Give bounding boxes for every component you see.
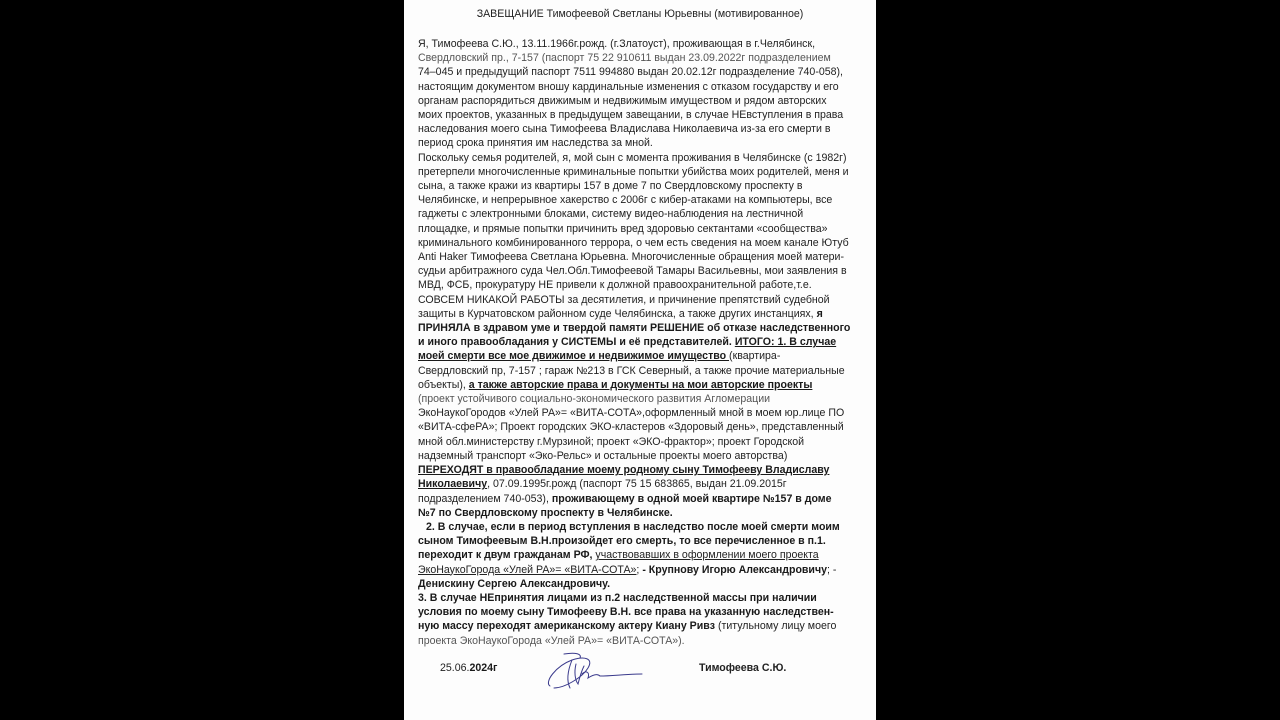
- text-line: сыном Тимофеевым В.Н.произойдет его смер…: [418, 534, 866, 548]
- text-line: мной обл.министерству г.Мурзиной; проект…: [418, 435, 866, 449]
- text-line: органам распорядиться движимым и недвижи…: [418, 94, 866, 108]
- text-line: 74–045 и предыдущий паспорт 7511 994880 …: [418, 65, 866, 79]
- text-line: №7 по Свердловскому проспекту в Челябинс…: [418, 506, 866, 520]
- text-line: надземный транспорт «Эко-Рельс» и осталь…: [418, 449, 866, 463]
- signer-name: Тимофеева С.Ю.: [699, 662, 786, 674]
- text-line: (проект устойчивого социально-экономичес…: [418, 392, 866, 406]
- text-line: сына, а также кражи из квартиры 157 в до…: [418, 179, 866, 193]
- document-title: ЗАВЕЩАНИЕ Тимофеевой Светланы Юрьевны (м…: [404, 8, 876, 20]
- text-line: период срока принятия им наследства за м…: [418, 136, 866, 150]
- text-line: криминального комбинированного террора, …: [418, 236, 866, 250]
- text-line: судьи арбитражного суда Чел.Обл.Тимофеев…: [418, 264, 866, 278]
- text-line: Николаевичу, 07.09.1995г.рожд (паспорт 7…: [418, 477, 866, 491]
- text-line: МВД, ФСБ, прокуратуру НЕ привели к должн…: [418, 278, 866, 292]
- document-page: ЗАВЕЩАНИЕ Тимофеевой Светланы Юрьевны (м…: [404, 0, 876, 720]
- text-line: моей смерти все мое движимое и недвижимо…: [418, 349, 866, 363]
- text-line: ПРИНЯЛА в здравом уме и твердой памяти Р…: [418, 321, 866, 335]
- text-line: Я, Тимофеева С.Ю., 13.11.1966г.рожд. (г.…: [418, 37, 866, 51]
- text-line: «ВИТА-сфеРА»; Проект городских ЭКО-класт…: [418, 420, 866, 434]
- text-line: претерпели многочисленные криминальные п…: [418, 165, 866, 179]
- text-line: Челябинске, и непрерывное хакерство с 20…: [418, 193, 866, 207]
- document-body: Я, Тимофеева С.Ю., 13.11.1966г.рожд. (г.…: [418, 37, 866, 648]
- text-line: проекта ЭкоНаукоГорода «Улей РА»= «ВИТА-…: [418, 634, 866, 648]
- text-line: переходит к двум гражданам РФ, участвова…: [418, 548, 866, 562]
- signature-block: 25.06.2024г Тимофеева С.Ю.: [404, 660, 876, 700]
- text-line: гаджеты с электронными блоками, систему …: [418, 207, 866, 221]
- text-line: Свердловский пр., 7-157 (паспорт 75 22 9…: [418, 51, 866, 65]
- text-line: моих проектов, указанных в предыдущем за…: [418, 108, 866, 122]
- text-line: ЭкоНаукоГородов «Улей РА»= «ВИТА-СОТА»,о…: [418, 406, 866, 420]
- text-line: наследования моего сына Тимофеева Владис…: [418, 122, 866, 136]
- text-line: ПЕРЕХОДЯТ в правообладание моему родному…: [418, 463, 866, 477]
- text-line: ЭкоНаукоГорода «Улей РА»= «ВИТА-СОТА»; -…: [418, 563, 866, 577]
- text-line: СОВСЕМ НИКАКОЙ РАБОТЫ за десятилетия, и …: [418, 293, 866, 307]
- text-line: 2. В случае, если в период вступления в …: [418, 520, 866, 534]
- text-line: подразделением 740-053), проживающему в …: [418, 492, 866, 506]
- text-line: настоящим документом вношу кардинальные …: [418, 80, 866, 94]
- handwritten-signature-icon: [542, 652, 647, 694]
- text-line: условия по моему сыну Тимофееву В.Н. все…: [418, 605, 866, 619]
- text-line: Поскольку семья родителей, я, мой сын с …: [418, 151, 866, 165]
- text-line: 3. В случае НЕпринятия лицами из п.2 нас…: [418, 591, 866, 605]
- text-line: Свердловский пр, 7-157 ; гараж №213 в ГС…: [418, 364, 866, 378]
- text-line: Anti Haker Тимофеева Светлана Юрьевна. М…: [418, 250, 866, 264]
- text-line: Денискину Сергею Александровичу.: [418, 577, 866, 591]
- text-line: площадке, и прямые попытки причинить вре…: [418, 222, 866, 236]
- document-date: 25.06.2024г: [440, 662, 497, 674]
- text-line: ную массу переходят американскому актеру…: [418, 619, 866, 633]
- text-line: защиты в Курчатовском районном суде Челя…: [418, 307, 866, 321]
- text-line: и иного правообладания у СИСТЕМЫ и её пр…: [418, 335, 866, 349]
- text-line: объекты), а также авторские права и доку…: [418, 378, 866, 392]
